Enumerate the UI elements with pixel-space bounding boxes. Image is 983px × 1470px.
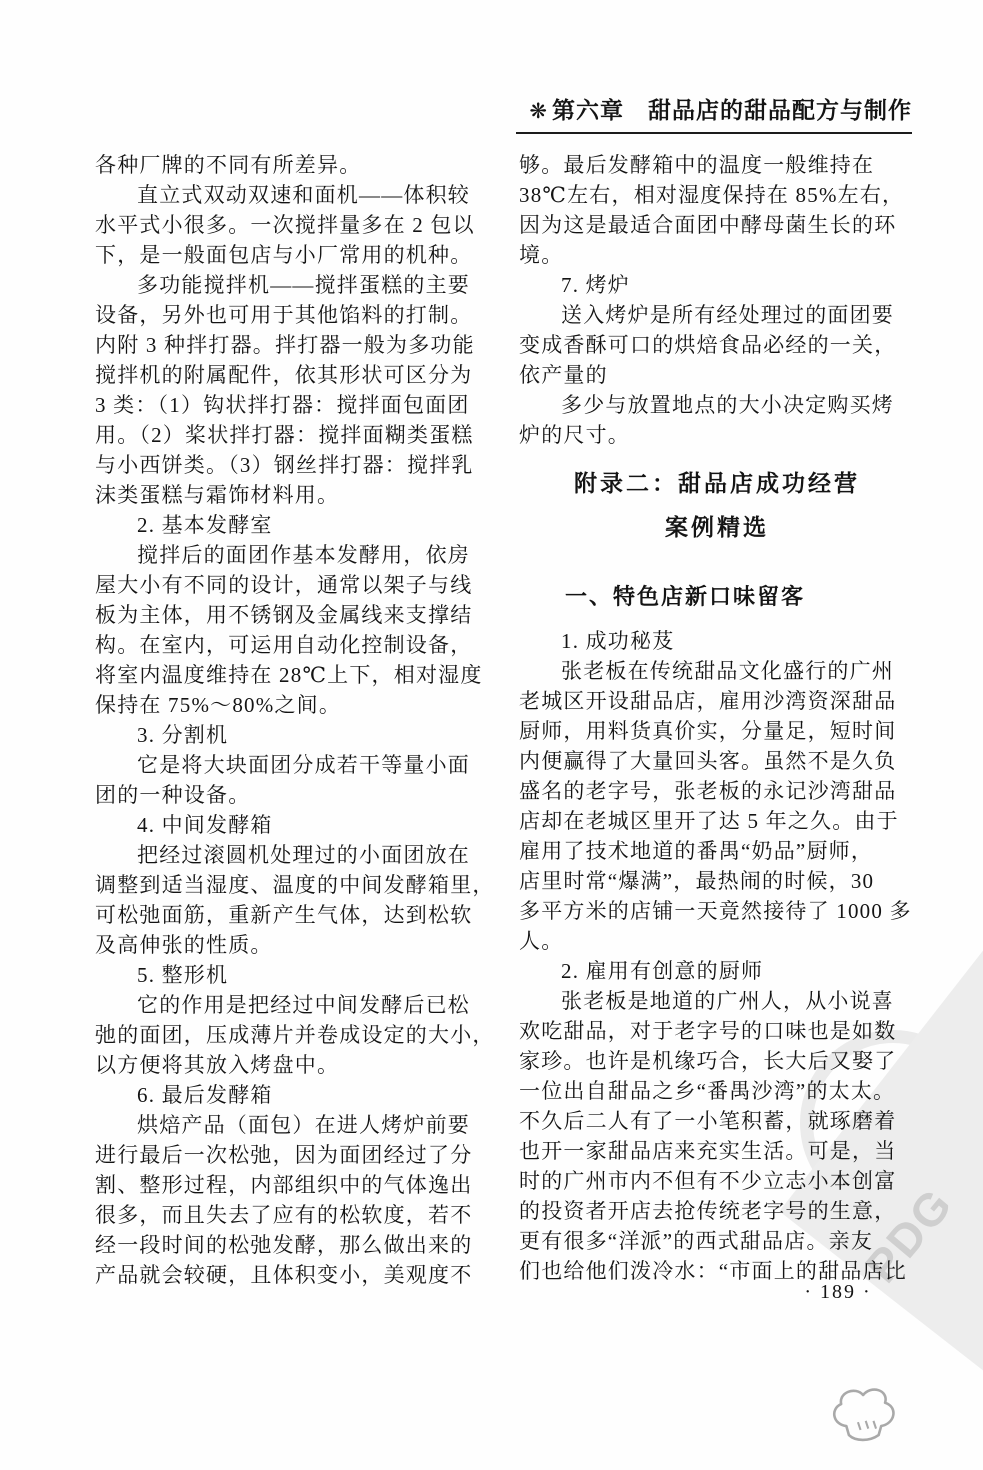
text-line: 3. 分割机: [95, 720, 491, 750]
text-line: 欢吃甜品，对于老字号的口味也是如数: [519, 1016, 915, 1046]
text-line: 烘焙产品（面包）在进人烤炉前要: [95, 1110, 491, 1140]
section-line: 一、特色店新口味留客: [519, 580, 915, 614]
text-line: 老城区开设甜品店，雇用沙湾资深甜品: [519, 686, 915, 716]
book-page: PDG ❋第六章 甜品店的甜品配方与制作 各种厂牌的不同有所差异。直立式双动双速…: [0, 0, 983, 1470]
text-line: 下，是一般面包店与小厂常用的机种。: [95, 240, 491, 270]
text-line: 构。在室内，可运用自动化控制设备，: [95, 630, 491, 660]
text-line: 用。（2）桨状拌打器：搅拌面糊类蛋糕: [95, 420, 491, 450]
text-line: 1. 成功秘芨: [519, 626, 915, 656]
text-line: 6. 最后发酵箱: [95, 1080, 491, 1110]
text-line: 进行最后一次松弛，因为面团经过了分: [95, 1140, 491, 1170]
chapter-title: 第六章 甜品店的甜品配方与制作: [552, 98, 912, 123]
chef-hat-icon: [826, 1386, 908, 1448]
text-line: 可松弛面筋，重新产生气体，达到松软: [95, 900, 491, 930]
text-line: 4. 中间发酵箱: [95, 810, 491, 840]
text-line: 割、整形过程，内部组织中的气体逸出: [95, 1170, 491, 1200]
text-line: 家珍。也许是机缘巧合，长大后又娶了: [519, 1046, 915, 1076]
text-line: 沫类蛋糕与霜饰材料用。: [95, 480, 491, 510]
text-line: 内附 3 种拌打器。拌打器一般为多功能: [95, 330, 491, 360]
text-line: 团的一种设备。: [95, 780, 491, 810]
text-line: 设备，另外也可用于其他馅料的打制。: [95, 300, 491, 330]
flower-asterisk-icon: ❋: [529, 99, 548, 123]
text-line: 人。: [519, 926, 915, 956]
text-line: 2. 基本发酵室: [95, 510, 491, 540]
text-line: 厨师，用料货真价实，分量足，短时间: [519, 716, 915, 746]
left-column: 各种厂牌的不同有所差异。直立式双动双速和面机——体积较水平式小很多。一次搅拌量多…: [95, 150, 491, 1290]
text-line: 5. 整形机: [95, 960, 491, 990]
header-rule: [516, 132, 912, 134]
right-column: 够。最后发酵箱中的温度一般维持在38℃左右，相对湿度保持在 85%左右，因为这是…: [519, 150, 915, 1286]
text-line: 2. 雇用有创意的厨师: [519, 956, 915, 986]
text-line: 产品就会较硬，且体积变小，美观度不: [95, 1260, 491, 1290]
spacer-sm-line: [519, 450, 915, 462]
text-line: 不久后二人有了一小笔积蓄，就琢磨着: [519, 1106, 915, 1136]
spacer-sm-line: [519, 614, 915, 626]
text-line: 保持在 75%～80%之间。: [95, 690, 491, 720]
text-line: 多功能搅拌机——搅拌蛋糕的主要: [95, 270, 491, 300]
text-line: 7. 烤炉: [519, 270, 915, 300]
text-line: 弛的面团，压成薄片并卷成设定的大小，: [95, 1020, 491, 1050]
chapter-header: ❋第六章 甜品店的甜品配方与制作: [480, 92, 912, 125]
text-line: 3 类：（1）钩状拌打器：搅拌面包面团: [95, 390, 491, 420]
text-line: 店却在老城区里开了达 5 年之久。由于: [519, 806, 915, 836]
text-line: 多平方米的店铺一天竟然接待了 1000 多: [519, 896, 915, 926]
spacer-lg-line: [519, 550, 915, 580]
text-line: 经一段时间的松弛发酵，那么做出来的: [95, 1230, 491, 1260]
text-line: 直立式双动双速和面机——体积较: [95, 180, 491, 210]
text-line: 依产量的: [519, 360, 915, 390]
text-line: 与小西饼类。（3）钢丝拌打器：搅拌乳: [95, 450, 491, 480]
text-line: 因为这是最适合面团中酵母菌生长的环: [519, 210, 915, 240]
text-line: 38℃左右，相对湿度保持在 85%左右，: [519, 180, 915, 210]
text-line: 炉的尺寸。: [519, 420, 915, 450]
text-line: 各种厂牌的不同有所差异。: [95, 150, 491, 180]
text-line: 以方便将其放入烤盘中。: [95, 1050, 491, 1080]
text-line: 够。最后发酵箱中的温度一般维持在: [519, 150, 915, 180]
text-line: 及高伸张的性质。: [95, 930, 491, 960]
text-line: 一位出自甜品之乡“番禺沙湾”的太太。: [519, 1076, 915, 1106]
text-line: 板为主体，用不锈钢及金属线来支撑结: [95, 600, 491, 630]
text-line: 屋大小有不同的设计，通常以架子与线: [95, 570, 491, 600]
text-line: 盛名的老字号，张老板的永记沙湾甜品: [519, 776, 915, 806]
text-line: 更有很多“洋派”的西式甜品店。亲友: [519, 1226, 915, 1256]
text-line: 搅拌机的附属配件，依其形状可区分为: [95, 360, 491, 390]
text-line: 张老板是地道的广州人，从小说喜: [519, 986, 915, 1016]
text-line: 时的广州市内不但有不少立志小本创富: [519, 1166, 915, 1196]
text-line: 内便赢得了大量回头客。虽然不是久负: [519, 746, 915, 776]
text-line: 境。: [519, 240, 915, 270]
text-line: 变成香酥可口的烘焙食品必经的一关，: [519, 330, 915, 360]
text-line: 它的作用是把经过中间发酵后已松: [95, 990, 491, 1020]
text-line: 将室内温度维持在 28℃上下，相对湿度: [95, 660, 491, 690]
page-number: · 189 ·: [788, 1281, 888, 1304]
text-line: 水平式小很多。一次搅拌量多在 2 包以: [95, 210, 491, 240]
text-line: 的投资者开店去抢传统老字号的生意，: [519, 1196, 915, 1226]
text-line: 很多，而且失去了应有的松软度，若不: [95, 1200, 491, 1230]
text-line: 店里时常“爆满”，最热闹的时候，30: [519, 866, 915, 896]
text-line: 雇用了技术地道的番禺“奶品”厨师，: [519, 836, 915, 866]
text-line: 送入烤炉是所有经处理过的面团要: [519, 300, 915, 330]
text-line: 搅拌后的面团作基本发酵用，依房: [95, 540, 491, 570]
text-line: 把经过滚圆机处理过的小面团放在: [95, 840, 491, 870]
text-line: 张老板在传统甜品文化盛行的广州: [519, 656, 915, 686]
text-line: 调整到适当湿度、温度的中间发酵箱里，: [95, 870, 491, 900]
text-line: 也开一家甜品店来充实生活。可是，当: [519, 1136, 915, 1166]
text-line: 多少与放置地点的大小决定购买烤: [519, 390, 915, 420]
appendix-line: 案例精选: [519, 506, 915, 550]
text-line: 它是将大块面团分成若干等量小面: [95, 750, 491, 780]
appendix-line: 附录二：甜品店成功经营: [519, 462, 915, 506]
